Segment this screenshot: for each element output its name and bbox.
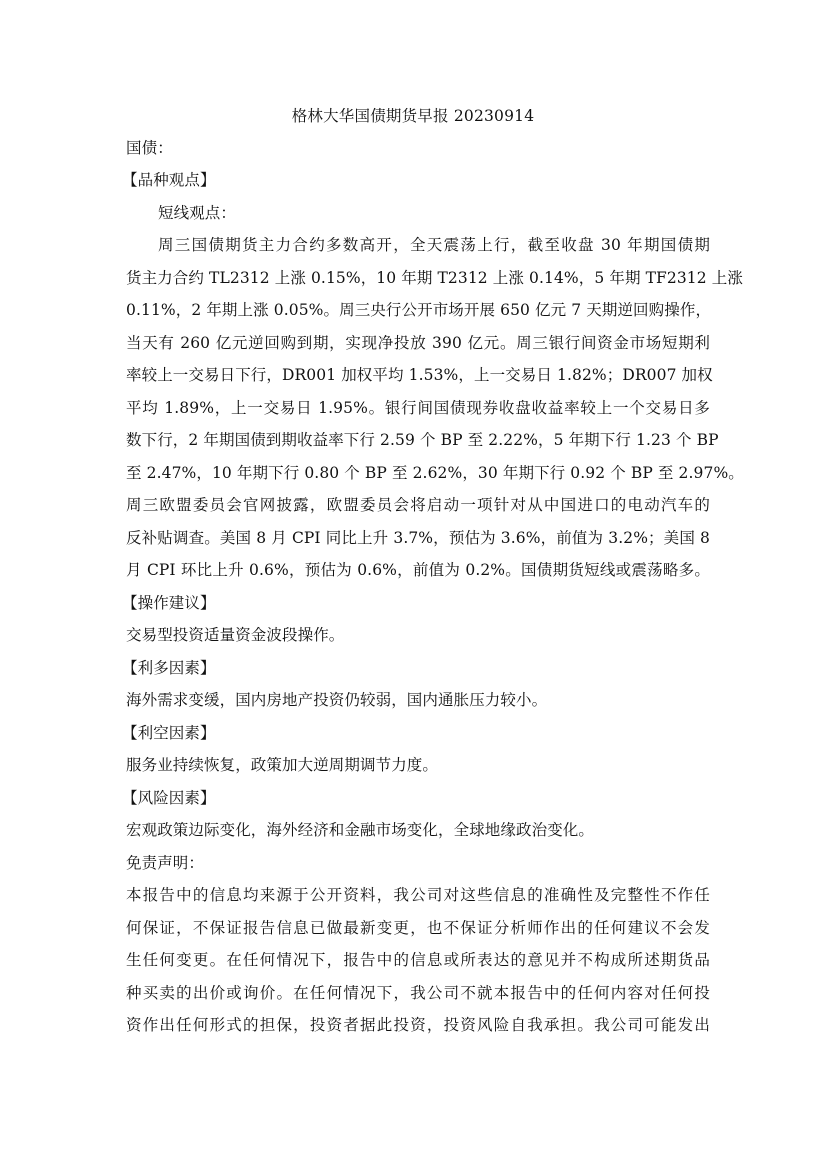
disclaimer-line: 种买卖的出价或询价。在任何情况下，我公司不就本报告中的任何内容对任何投 [126, 981, 710, 1005]
disclaimer-label: 免责声明： [126, 851, 710, 875]
disclaimer-line: 生任何变更。在任何情况下，报告中的信息或所表达的意见并不构成所述期货品 [126, 948, 710, 972]
bullish-factors-text: 海外需求变缓，国内房地产投资仍较弱，国内通胀压力较小。 [126, 688, 710, 712]
paragraph-line: 平均 1.89%，上一交易日 1.95%。银行间国债现券收盘收益率较上一个交易日… [126, 396, 710, 420]
disclaimer-line: 何保证，不保证报告信息已做最新变更，也不保证分析师作出的任何建议不会发 [126, 916, 710, 940]
paragraph-line: 0.11%，2 年期上涨 0.05%。周三央行公开市场开展 650 亿元 7 天… [126, 298, 710, 322]
document-page: 格林大华国债期货早报 20230914 国债： 【品种观点】 短线观点： 周三国… [0, 0, 826, 1169]
operation-advice-text: 交易型投资适量资金波段操作。 [126, 623, 710, 647]
paragraph-line: 货主力合约 TL2312 上涨 0.15%，10 年期 T2312 上涨 0.1… [126, 266, 710, 290]
disclaimer-line: 资作出任何形式的担保，投资者据此投资，投资风险自我承担。我公司可能发出 [126, 1013, 710, 1037]
heading-operation-advice: 【操作建议】 [122, 591, 706, 615]
heading-variety-view: 【品种观点】 [122, 168, 706, 192]
paragraph-line: 率较上一交易日下行，DR001 加权平均 1.53%，上一交易日 1.82%；D… [126, 363, 710, 387]
subheading-short-term-view: 短线观点： [158, 201, 742, 225]
bearish-factors-text: 服务业持续恢复，政策加大逆周期调节力度。 [126, 753, 710, 777]
heading-bullish-factors: 【利多因素】 [122, 656, 706, 680]
heading-risk-factors: 【风险因素】 [122, 786, 706, 810]
report-title: 格林大华国债期货早报 20230914 [0, 104, 826, 128]
disclaimer-line: 本报告中的信息均来源于公开资料，我公司对这些信息的准确性及完整性不作任 [126, 883, 710, 907]
paragraph-line: 当天有 260 亿元逆回购到期，实现净投放 390 亿元。周三银行间资金市场短期… [126, 331, 710, 355]
paragraph-line: 周三国债期货主力合约多数高开，全天震荡上行，截至收盘 30 年期国债期 [158, 233, 710, 257]
section-label-treasury: 国债： [126, 136, 710, 160]
paragraph-line: 至 2.47%，10 年期下行 0.80 个 BP 至 2.62%，30 年期下… [126, 461, 710, 485]
paragraph-line: 数下行，2 年期国债到期收益率下行 2.59 个 BP 至 2.22%，5 年期… [126, 428, 710, 452]
paragraph-line: 反补贴调查。美国 8 月 CPI 同比上升 3.7%，预估为 3.6%，前值为 … [126, 526, 710, 550]
heading-bearish-factors: 【利空因素】 [122, 721, 706, 745]
paragraph-line: 周三欧盟委员会官网披露，欧盟委员会将启动一项针对从中国进口的电动汽车的 [126, 493, 710, 517]
paragraph-line: 月 CPI 环比上升 0.6%，预估为 0.6%，前值为 0.2%。国债期货短线… [126, 558, 710, 582]
risk-factors-text: 宏观政策边际变化，海外经济和金融市场变化，全球地缘政治变化。 [126, 818, 710, 842]
